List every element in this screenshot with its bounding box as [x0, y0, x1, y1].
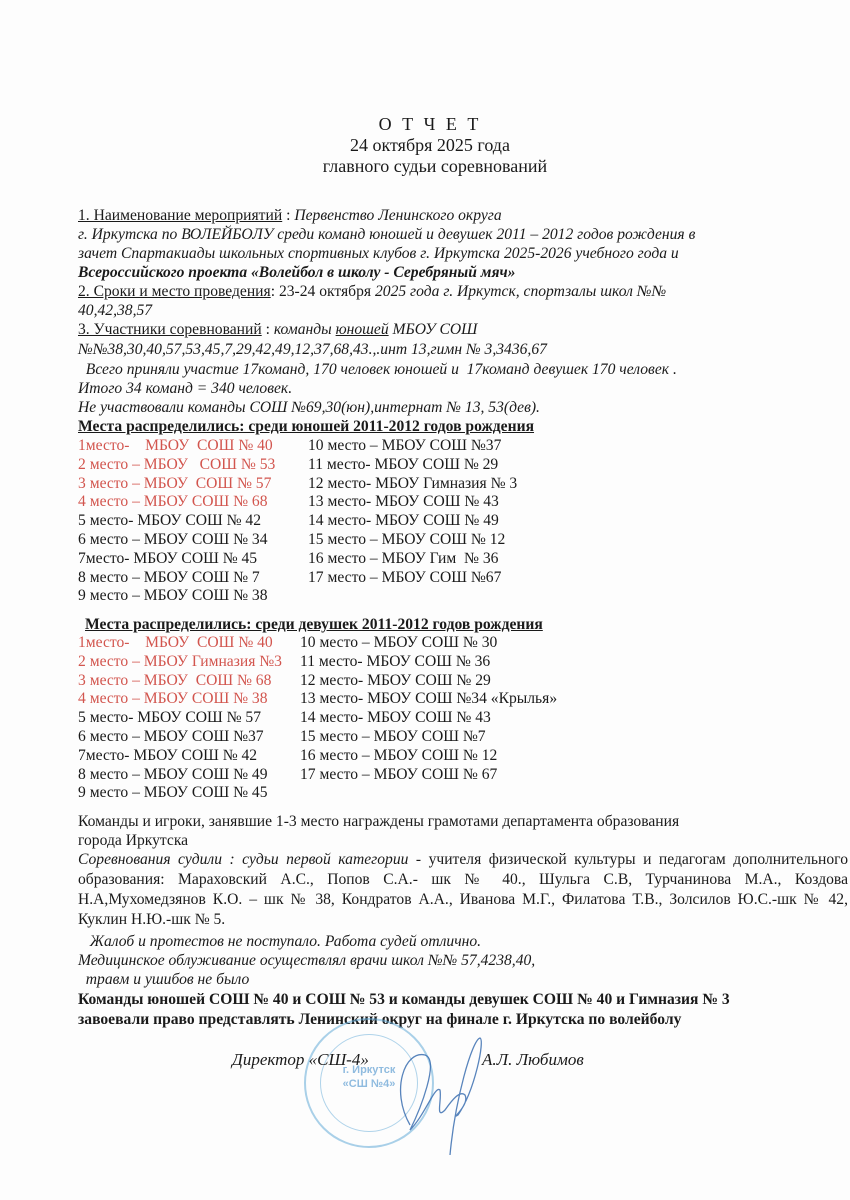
participants-absent: Не участвовали команды СОШ №69,30(юн),ин…: [78, 398, 540, 417]
judges-intro: Соревнования судили : судьи первой катег…: [78, 851, 408, 868]
place-item: 15 место – МБОУ СОШ №7: [300, 728, 557, 747]
place-item: 3 место – МБОУ СОШ № 57: [78, 475, 275, 494]
place-item: 10 место – МБОУ СОШ №37: [308, 437, 517, 456]
place-item: 8 место – МБОУ СОШ № 49: [78, 766, 282, 785]
girls-places-left: 1место- МБОУ СОШ № 402 место – МБОУ Гимн…: [78, 634, 282, 803]
place-item: 13 место- МБОУ СОШ № 43: [308, 493, 517, 512]
event-name-line: г. Иркутска по ВОЛЕЙБОЛУ среди команд юн…: [78, 225, 695, 244]
complaints-note: Жалоб и протестов не поступало. Работа с…: [78, 932, 481, 951]
place-item: 12 место- МБОУ Гимназия № 3: [308, 475, 517, 494]
place-item: 16 место – МБОУ СОШ № 12: [300, 747, 557, 766]
place-item: 8 место – МБОУ СОШ № 7: [78, 569, 275, 588]
participants-total: Всего приняли участие 17команд, 170 чело…: [78, 360, 677, 379]
participants-list: №№38,30,40,57,53,45,7,29,42,49,12,37,68,…: [78, 340, 547, 359]
place-item: 10 место – МБОУ СОШ № 30: [300, 634, 557, 653]
place-item: 17 место – МБОУ СОШ №67: [308, 569, 517, 588]
place-item: 14 место- МБОУ СОШ № 49: [308, 512, 517, 531]
place-item: 1место- МБОУ СОШ № 40: [78, 634, 282, 653]
place-item: 5 место- МБОУ СОШ № 42: [78, 512, 275, 531]
judges-paragraph: Соревнования судили : судьи первой катег…: [78, 850, 848, 930]
boys-places-left: 1место- МБОУ СОШ № 402 место – МБОУ СОШ …: [78, 437, 275, 606]
awards-line: города Иркутска: [78, 831, 188, 850]
event-name-line: зачет Спартакиады школьных спортивных кл…: [78, 244, 679, 263]
place-item: 1место- МБОУ СОШ № 40: [78, 437, 275, 456]
report-page: О Т Ч Е Т 24 октября 2025 года главного …: [0, 0, 850, 1200]
place-item: 9 место – МБОУ СОШ № 38: [78, 587, 275, 606]
place-item: 4 место – МБОУ СОШ № 38: [78, 690, 282, 709]
medical-note: Медицинское облуживание осуществлял врач…: [78, 951, 535, 970]
event-name-text: Первенство Ленинского округа: [294, 207, 501, 224]
signatory-name: А.Л. Любимов: [482, 1050, 584, 1069]
boys-places-heading: Места распределились: среди юношей 2011-…: [78, 417, 534, 436]
signature-scribble: [380, 1030, 490, 1160]
place-item: 4 место – МБОУ СОШ № 68: [78, 493, 275, 512]
event-dates: 23-24 октября: [279, 283, 375, 300]
place-item: 14 место- МБОУ СОШ № 43: [300, 709, 557, 728]
event-place: 2025 года г. Иркутск, спортзалы школ №№: [375, 283, 666, 300]
place-item: 7место- МБОУ СОШ № 42: [78, 747, 282, 766]
place-item: 6 место – МБОУ СОШ №37: [78, 728, 282, 747]
place-item: 3 место – МБОУ СОШ № 68: [78, 672, 282, 691]
place-item: 15 место – МБОУ СОШ № 12: [308, 531, 517, 550]
conclusion-line: Команды юношей СОШ № 40 и СОШ № 53 и ком…: [78, 990, 730, 1009]
participants-itogo: Итого 34 команд = 340 человек.: [78, 379, 292, 398]
place-item: 9 место – МБОУ СОШ № 45: [78, 784, 282, 803]
place-item: 17 место – МБОУ СОШ № 67: [300, 766, 557, 785]
place-item: 13 место- МБОУ СОШ №34 «Крылья»: [300, 690, 557, 709]
report-date: 24 октября 2025 года: [10, 135, 850, 156]
place-item: 2 место – МБОУ СОШ № 53: [78, 456, 275, 475]
girls-places-right: 10 место – МБОУ СОШ № 3011 место- МБОУ С…: [300, 634, 557, 784]
girls-places-heading: Места распределились: среди девушек 2011…: [85, 615, 543, 634]
injuries-note: травм и ушибов не было: [78, 970, 249, 989]
place-item: 12 место- МБОУ СОШ № 29: [300, 672, 557, 691]
awards-line: Команды и игроки, занявшие 1-3 место наг…: [78, 812, 679, 831]
section-label: 3. Участники соревнований: [78, 321, 262, 338]
event-project-line: Всероссийского проекта «Волейбол в школу…: [78, 263, 515, 282]
place-item: 2 место – МБОУ Гимназия №3: [78, 653, 282, 672]
boys-places-right: 10 место – МБОУ СОШ №3711 место- МБОУ СО…: [308, 437, 517, 587]
section-participants: 3. Участники соревнований : команды юнош…: [78, 320, 477, 339]
section-label: 2. Сроки и место проведения: [78, 283, 271, 300]
place-item: 16 место – МБОУ Гим № 36: [308, 550, 517, 569]
place-item: 11 место- МБОУ СОШ № 29: [308, 456, 517, 475]
place-item: 6 место – МБОУ СОШ № 34: [78, 531, 275, 550]
signatory-position: Директор «СШ-4»: [232, 1050, 369, 1069]
report-header: О Т Ч Е Т 24 октября 2025 года главного …: [0, 114, 850, 177]
report-subtitle: главного судьи соревнований: [20, 156, 850, 177]
place-item: 11 место- МБОУ СОШ № 36: [300, 653, 557, 672]
event-place-line: 40,42,38,57: [78, 301, 152, 320]
section-event-name: 1. Наименование мероприятий : Первенство…: [78, 206, 502, 225]
place-item: 7место- МБОУ СОШ № 45: [78, 550, 275, 569]
section-dates-place: 2. Сроки и место проведения: 23-24 октяб…: [78, 282, 666, 301]
place-item: 5 место- МБОУ СОШ № 57: [78, 709, 282, 728]
report-title: О Т Ч Е Т: [10, 114, 850, 135]
section-label: 1. Наименование мероприятий: [78, 207, 282, 224]
